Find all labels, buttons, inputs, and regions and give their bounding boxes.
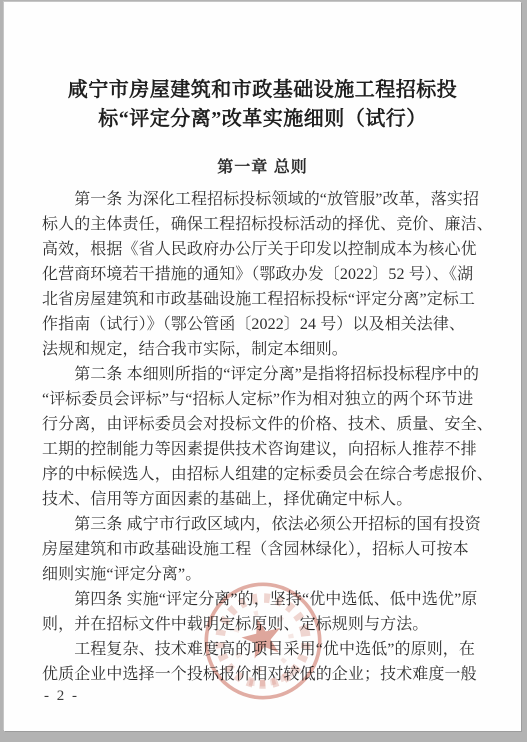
body-text-line: 房屋建筑和市政基础设施工程（含园林绿化），招标人可按本 [42,537,491,562]
document-body: 第一条 为深化工程招标投标领域的“放管服”改革，落实招标人的主体责任，确保工程招… [4,187,521,687]
body-text-line: 标人的主体责任，确保工程招标投标活动的择优、竞价、廉洁、 [42,212,491,237]
body-text-line: “评标委员会评标”与“招标人定标”作为相对独立的两个环节进 [42,387,491,412]
body-text-line: 工期的控制能力等因素提供技术咨询建议，向招标人推荐不排 [42,437,491,462]
body-text-line: 则，并在招标文件中载明定标原则、定标规则与方法。 [42,612,491,637]
document-title-line-1: 咸宁市房屋建筑和市政基础设施工程招标投 [4,76,521,105]
body-text-line: 北省房屋建筑和市政基础设施工程招标投标“评定分离”定标工 [42,287,491,312]
page-number: - 2 - [4,685,521,707]
body-text-line: 细则实施“评定分离”。 [42,562,491,587]
body-text-line: 化营商环境若干措施的通知》（鄂政办发〔2022〕52 号）、《湖 [42,262,491,287]
body-text-line: 序的中标候选人，由招标人组建的定标委员会在综合考虑报价、 [42,462,491,487]
body-text-line: 工程复杂、技术难度高的项目采用“优中选低”的原则，在 [42,637,491,662]
body-text-line: 第二条 本细则所指的“评定分离”是指将招标投标程序中的 [42,362,491,387]
body-text-line: 第四条 实施“评定分离”的，坚持“优中选低、低中选优”原 [42,587,491,612]
body-text-line: 第一条 为深化工程招标投标领域的“放管服”改革，落实招 [42,187,491,212]
document-title-line-2: 标“评定分离”改革实施细则（试行） [4,105,521,134]
body-text-line: 技术、信用等方面因素的基础上，择优确定中标人。 [42,487,491,512]
body-text-line: 作指南（试行）》（鄂公管函〔2022〕24 号）以及相关法律、 [42,312,491,337]
scanned-document-page: 咸宁市房屋建筑和市政基础设施工程招标投 标“评定分离”改革实施细则（试行） 第一… [4,2,521,731]
chapter-heading: 第一章 总则 [4,158,521,178]
body-text-line: 高效，根据《省人民政府办公厅关于印发以控制成本为核心优 [42,237,491,262]
document-title: 咸宁市房屋建筑和市政基础设施工程招标投 标“评定分离”改革实施细则（试行） [4,76,521,134]
body-text-line: 行分离，由评标委员会对投标文件的价格、技术、质量、安全、 [42,412,491,437]
body-text-line: 法规和规定，结合我市实际，制定本细则。 [42,337,491,362]
body-text-line: 优质企业中选择一个投标报价相对较低的企业；技术难度一般 [42,662,491,687]
body-text-line: 第三条 咸宁市行政区域内，依法必须公开招标的国有投资 [42,512,491,537]
